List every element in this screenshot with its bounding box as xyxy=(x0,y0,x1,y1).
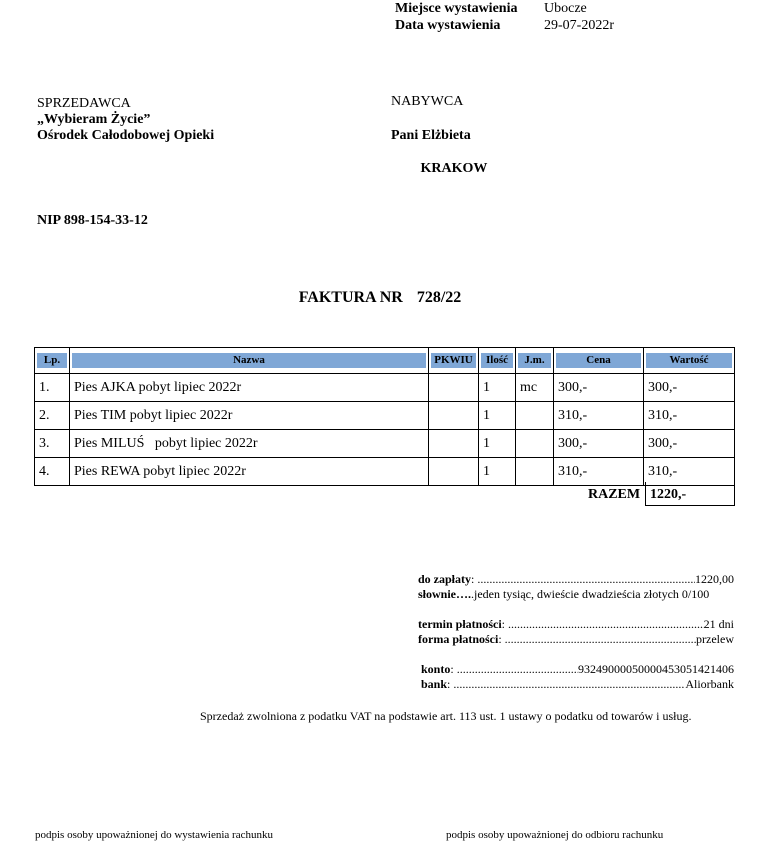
bank-label: bank xyxy=(421,677,447,692)
seller-name-line2: Ośrodek Całodobowej Opieki xyxy=(37,128,214,144)
buyer-city-text: KRAKOW xyxy=(421,161,488,176)
col-price: Cena xyxy=(554,348,644,374)
total-label: RAZEM xyxy=(588,487,640,503)
receiver-signature-label: podpis osoby upoważnionej do odbioru rac… xyxy=(446,829,663,841)
cell-unit xyxy=(516,430,554,458)
seller-block: SPRZEDAWCA „Wybieram Życie” Ośrodek Cało… xyxy=(37,96,214,144)
place-label: Miejsce wystawienia xyxy=(395,1,517,17)
method-value: przelew xyxy=(696,632,734,647)
buyer-name-text: Pani Elżbieta xyxy=(391,128,471,143)
table-row: 2. Pies TIM pobyt lipiec 2022r 1 310,- 3… xyxy=(35,402,735,430)
dots-leader xyxy=(508,617,704,632)
cell-unit xyxy=(516,458,554,486)
date-label: Data wystawienia xyxy=(395,18,500,34)
cell-pkwiu xyxy=(429,402,479,430)
cell-qty: 1 xyxy=(479,458,516,486)
date-value: 29-07-2022r xyxy=(544,18,614,34)
cell-price: 300,- xyxy=(554,374,644,402)
items-table: Lp. Nazwa PKWIU Ilość J.m. Cena Wartość … xyxy=(34,347,735,486)
invoice-title: FAKTURA NR728/22 xyxy=(0,289,760,307)
cell-value: 300,- xyxy=(644,430,735,458)
invoice-title-label: FAKTURA NR xyxy=(299,289,403,306)
cell-lp: 3. xyxy=(35,430,70,458)
col-pkwiu: PKWIU xyxy=(429,348,479,374)
cell-value: 300,- xyxy=(644,374,735,402)
seller-nip: NIP 898-154-33-12 xyxy=(37,213,148,229)
to-pay-value: 1220,00 xyxy=(695,572,734,587)
account-line: konto: 93249000050000453051421406 xyxy=(421,662,734,677)
total-value: 1220,- xyxy=(645,482,735,506)
in-words-value: .jeden tysiąc, dwieście dwadzieścia złot… xyxy=(471,587,709,601)
table-row: 3. Pies MILUŚ pobyt lipiec 2022r 1 300,-… xyxy=(35,430,735,458)
buyer-address: KRAKOW xyxy=(391,161,487,177)
cell-lp: 1. xyxy=(35,374,70,402)
account-value: 93249000050000453051421406 xyxy=(578,662,734,677)
table-row: 1. Pies AJKA pobyt lipiec 2022r 1 mc 300… xyxy=(35,374,735,402)
col-lp: Lp. xyxy=(35,348,70,374)
cell-value: 310,- xyxy=(644,402,735,430)
invoice-number: 728/22 xyxy=(417,289,461,306)
seller-name-line1: „Wybieram Życie” xyxy=(37,112,214,128)
issuer-signature-label: podpis osoby upoważnionej do wystawienia… xyxy=(35,829,273,841)
place-value: Ubocze xyxy=(544,1,587,17)
dots-leader xyxy=(457,662,578,677)
dots-leader xyxy=(453,677,685,692)
cell-unit: mc xyxy=(516,374,554,402)
term-value: 21 dni xyxy=(704,617,734,632)
bank-value: Aliorbank xyxy=(685,677,734,692)
account-label: konto xyxy=(421,662,450,677)
cell-name: Pies MILUŚ pobyt lipiec 2022r xyxy=(70,430,429,458)
to-pay-line: do zapłaty: 1220,00 xyxy=(418,572,734,587)
in-words-line: słownie…..jeden tysiąc, dwieście dwadzie… xyxy=(418,587,734,602)
method-line: forma płatności: przelew xyxy=(418,632,734,647)
term-line: termin płatności: 21 dni xyxy=(418,617,734,632)
cell-qty: 1 xyxy=(479,430,516,458)
dots-leader xyxy=(477,572,695,587)
col-value: Wartość xyxy=(644,348,735,374)
to-pay-label: do zapłaty xyxy=(418,572,471,587)
in-words-label: słownie…. xyxy=(418,587,471,601)
col-unit: J.m. xyxy=(516,348,554,374)
cell-unit xyxy=(516,402,554,430)
cell-name: Pies AJKA pobyt lipiec 2022r xyxy=(70,374,429,402)
cell-price: 310,- xyxy=(554,402,644,430)
cell-pkwiu xyxy=(429,430,479,458)
cell-pkwiu xyxy=(429,458,479,486)
cell-name: Pies REWA pobyt lipiec 2022r xyxy=(70,458,429,486)
cell-qty: 1 xyxy=(479,374,516,402)
seller-heading: SPRZEDAWCA xyxy=(37,96,214,112)
cell-lp: 2. xyxy=(35,402,70,430)
cell-name: Pies TIM pobyt lipiec 2022r xyxy=(70,402,429,430)
table-header-row: Lp. Nazwa PKWIU Ilość J.m. Cena Wartość xyxy=(35,348,735,374)
cell-price: 310,- xyxy=(554,458,644,486)
vat-exemption-note: Sprzedaż zwolniona z podatku VAT na pods… xyxy=(200,709,691,724)
cell-price: 300,- xyxy=(554,430,644,458)
term-label: termin płatności xyxy=(418,617,502,632)
col-name: Nazwa xyxy=(70,348,429,374)
dots-leader xyxy=(505,632,696,647)
cell-pkwiu xyxy=(429,374,479,402)
cell-lp: 4. xyxy=(35,458,70,486)
table-row: 4. Pies REWA pobyt lipiec 2022r 1 310,- … xyxy=(35,458,735,486)
cell-qty: 1 xyxy=(479,402,516,430)
col-qty: Ilość xyxy=(479,348,516,374)
method-label: forma płatności xyxy=(418,632,498,647)
buyer-name: Pani Elżbieta xyxy=(391,128,471,144)
buyer-heading: NABYWCA xyxy=(391,94,463,110)
bank-line: bank: Aliorbank xyxy=(421,677,734,692)
